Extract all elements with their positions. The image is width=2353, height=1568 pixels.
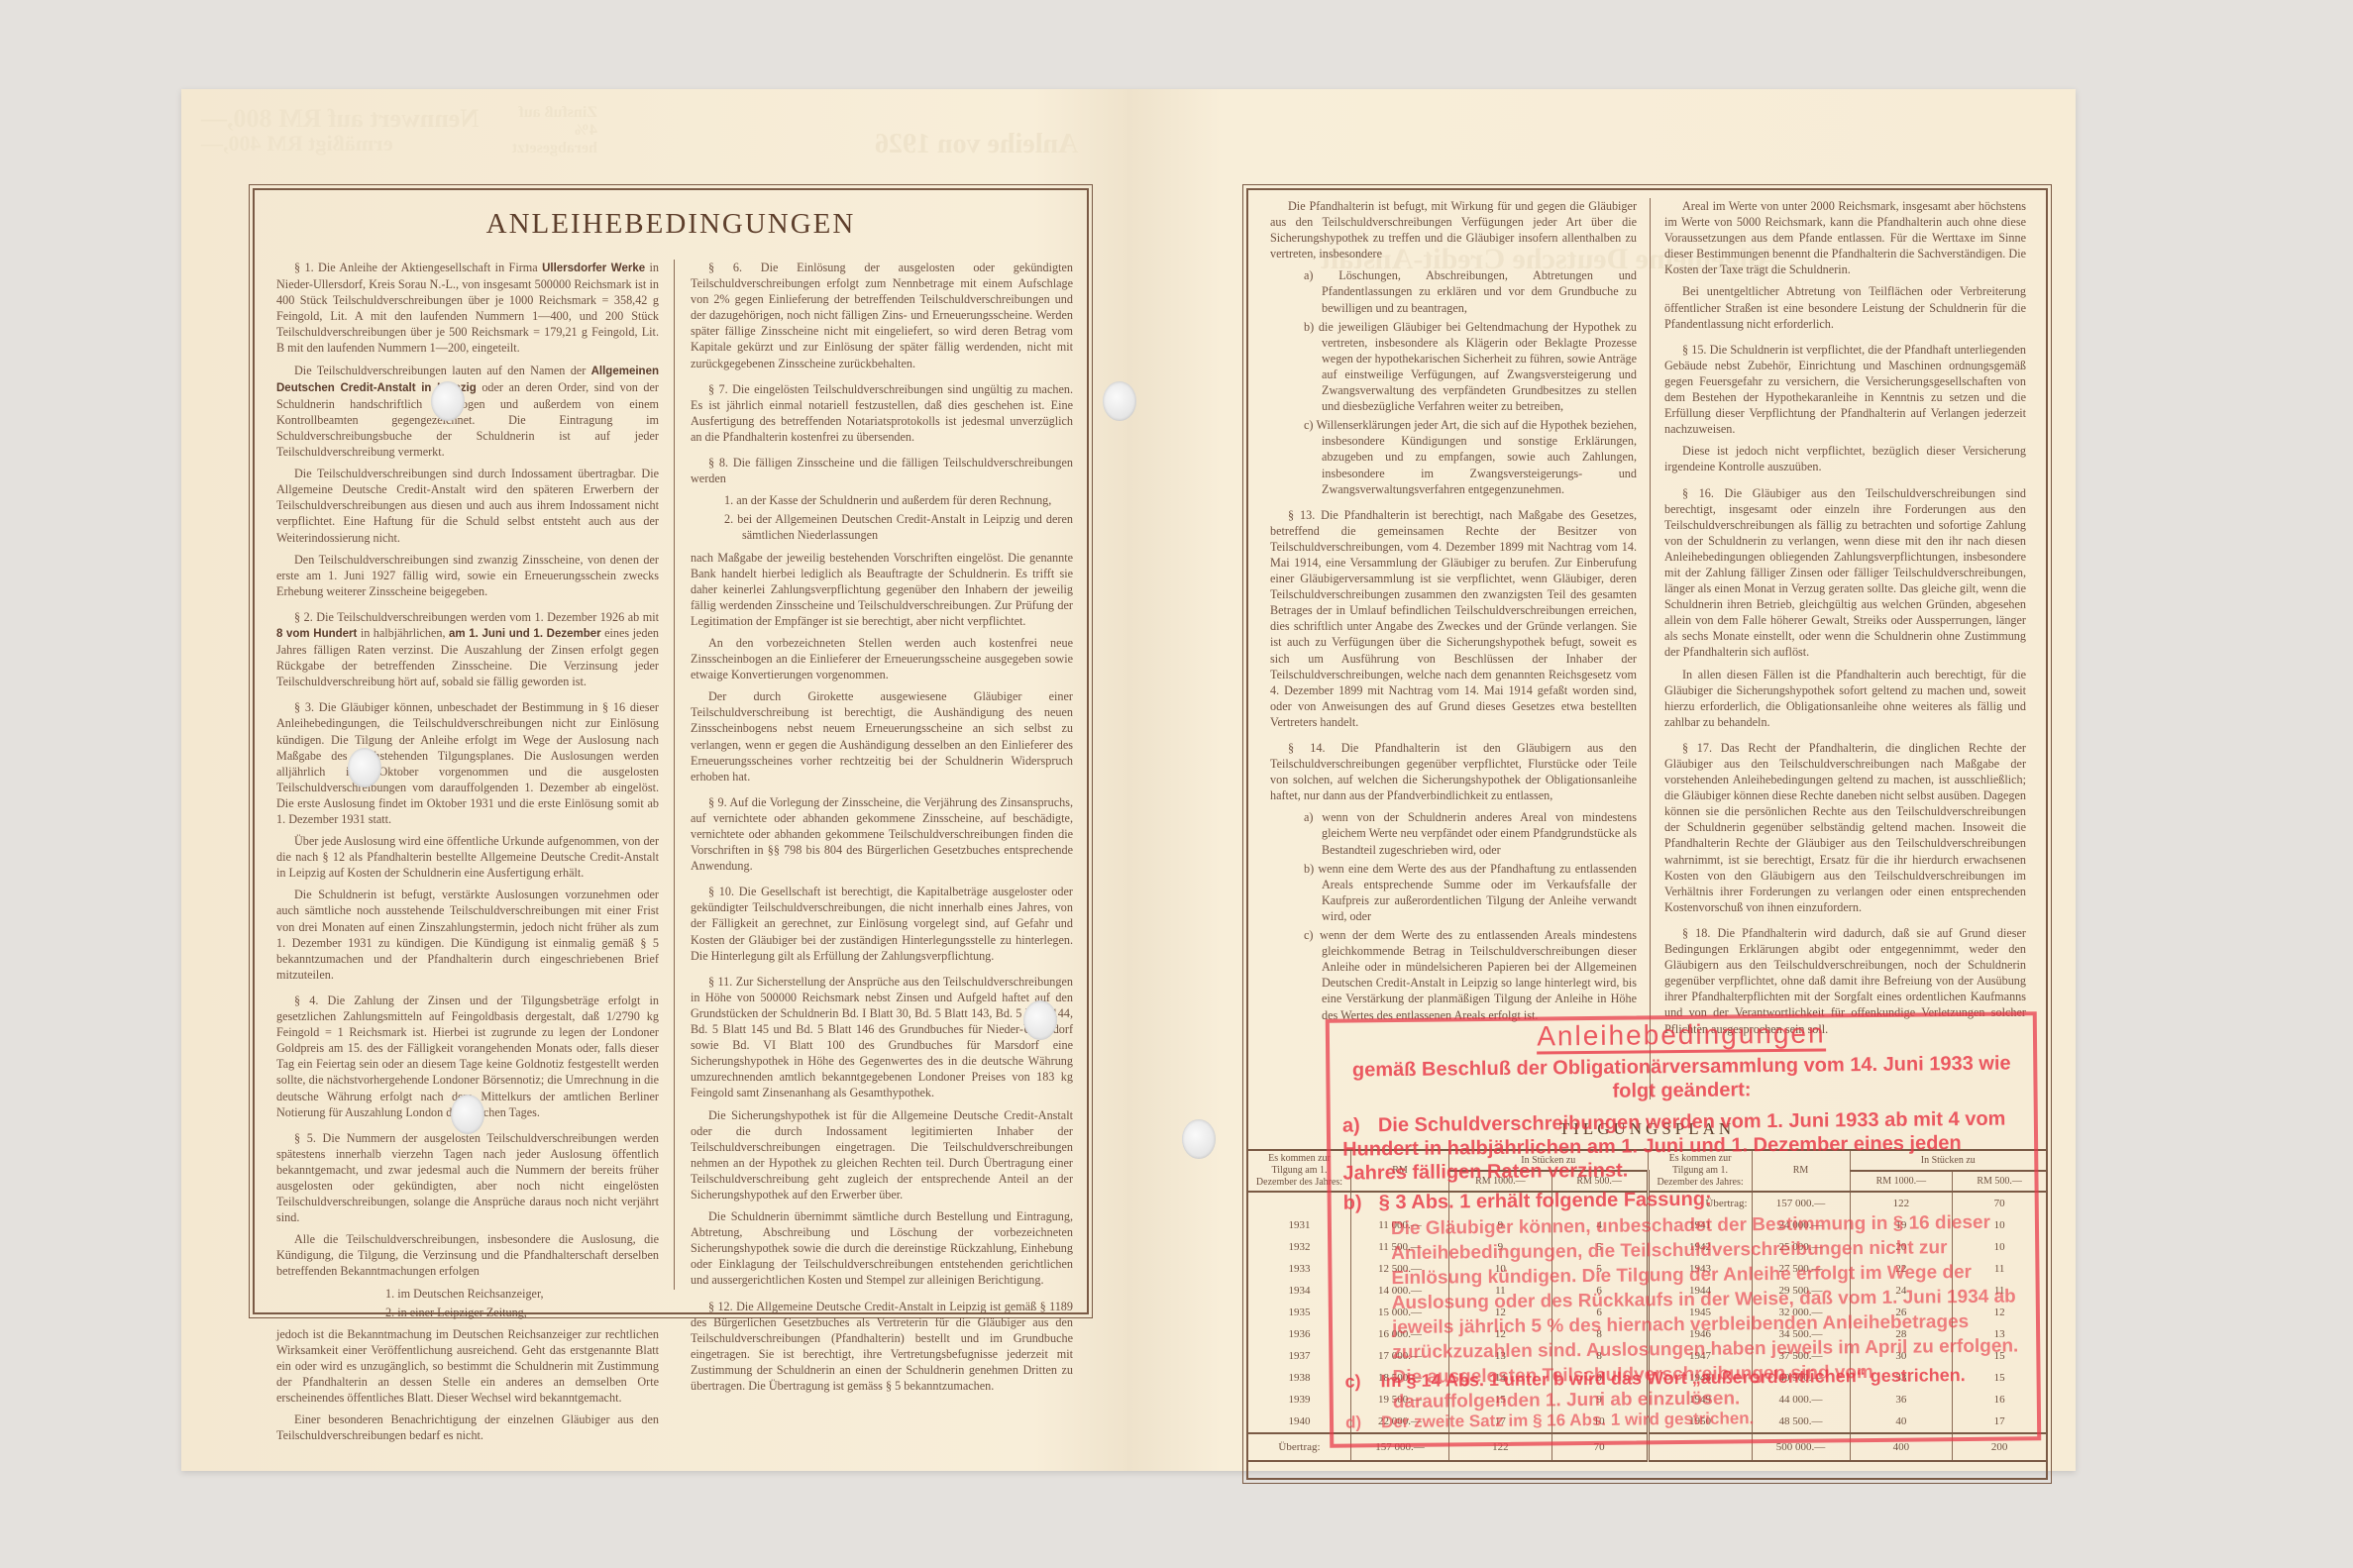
list-item: b) wenn eine dem Werte des aus der Pfand… [1304, 861, 1637, 924]
left-column-1: § 1. Die Anleihe der Aktiengesellschaft … [276, 260, 659, 1449]
paragraph-2-4: nach Maßgabe der jeweilig bestehenden Vo… [691, 550, 1073, 629]
text: in halbjährlichen, [357, 626, 449, 640]
paragraph-2-10: Die Sicherungshypothek ist für die Allge… [691, 1107, 1073, 1203]
list-item: c) wenn der dem Werte des zu entlassende… [1304, 927, 1637, 1023]
column-divider [674, 260, 675, 1290]
stamp-title-text: Anleihebedingungen [1537, 1017, 1826, 1054]
text: in Nieder-Ullersdorf, Kreis Sorau N.-L.,… [276, 261, 659, 355]
item-text: § 3 Abs. 1 erhält folgende Fassung: [1379, 1189, 1712, 1214]
list-item: 1. im Deutschen Reichsanzeiger, [385, 1286, 659, 1302]
list-item: b) die jeweiligen Gläubiger bei Geltendm… [1304, 319, 1637, 415]
paragraph-areal: Areal im Werte von unter 2000 Reichsmark… [1664, 198, 2026, 277]
stamp-title: Anleihebedingungen [1330, 1015, 2033, 1054]
paragraph-section-9: § 9. Auf die Vorlegung der Zinsscheine, … [691, 794, 1073, 874]
paragraph-1-1: § 1. Die Anleihe der Aktiengesellschaft … [276, 260, 659, 357]
paragraph-pfandhalterin: Die Pfandhalterin ist befugt, mit Wirkun… [1270, 198, 1637, 261]
item-label: c) [1344, 1369, 1380, 1393]
paragraph-1-12: jedoch ist die Bekanntmachung im Deutsch… [276, 1326, 659, 1406]
interest-rate: 8 vom Hundert [276, 628, 357, 640]
left-column-2: § 6. Die Einlösung der ausgelosten oder … [691, 260, 1073, 1400]
paragraph-2-5: An den vorbezeichneten Stellen werden au… [691, 635, 1073, 682]
paragraph-1-8: Die Schuldnerin ist befugt, verstärkte A… [276, 887, 659, 983]
paragraph-section-2: § 2. Die Teilschuldverschreibungen werde… [276, 609, 659, 689]
list-item: a) Löschungen, Abschreibungen, Abtretung… [1304, 267, 1637, 315]
amendment-stamp: Anleihebedingungen gemäß Beschluß der Ob… [1326, 1011, 2041, 1447]
item-text: Der zweite Satz im § 16 Abs. 1 wird gest… [1381, 1409, 1755, 1431]
paragraph-1-2: Die Teilschuldverschreibungen lauten auf… [276, 363, 659, 461]
item-label: d) [1345, 1411, 1381, 1434]
ghost-print-3: Zinsfuß auf 4% herabgesetzt [508, 104, 597, 157]
paragraph-section-5: § 5. Die Nummern der ausgelosten Teilsch… [276, 1130, 659, 1226]
list-item: a) wenn von der Schuldnerin anderes Area… [1304, 809, 1637, 857]
payment-dates: am 1. Juni und 1. Dezember [449, 628, 601, 640]
paragraph-versicherung: Diese ist jedoch nicht verpflichtet, bez… [1664, 443, 2026, 474]
paragraph-abtretung: Bei unentgeltlicher Abtretung von Teilfl… [1664, 283, 2026, 331]
paragraph-section-13: § 13. Die Pfandhalterin ist berechtigt, … [1270, 507, 1637, 730]
left-frame: ANLEIHEBEDINGUNGEN § 1. Die Anleihe der … [253, 188, 1089, 1314]
paragraph-section-14: § 14. Die Pfandhalterin ist den Gläubige… [1270, 740, 1637, 803]
paragraph-1-11: Alle die Teilschuldverschreibungen, insb… [276, 1231, 659, 1279]
paragraph-1-4: Den Teilschuldverschreibungen sind zwanz… [276, 552, 659, 599]
punch-hole [1023, 1000, 1057, 1040]
publication-list: 1. im Deutschen Reichsanzeiger, 2. in ei… [276, 1286, 659, 1320]
ghost-print-2: ermäßigt RM 400,— [201, 131, 393, 157]
punch-hole [1103, 381, 1136, 421]
paragraph-section-11: § 11. Zur Sicherstellung der Ansprüche a… [691, 974, 1073, 1101]
punch-hole [431, 381, 465, 421]
punch-hole [348, 748, 381, 787]
ghost-print-1: Nennwert auf RM 800,— [201, 104, 479, 134]
punch-hole [451, 1095, 484, 1134]
paragraph-section-7: § 7. Die eingelösten Teilschuldverschrei… [691, 381, 1073, 445]
item-text: Die Schuldverschreibungen werden vom 1. … [1342, 1108, 2005, 1185]
paragraph-section-6: § 6. Die Einlösung der ausgelosten oder … [691, 260, 1073, 371]
list-item: 2. in einer Leipziger Zeitung, [385, 1305, 659, 1320]
stamp-item-a: a)Die Schuldverschreibungen werden vom 1… [1342, 1106, 2025, 1185]
paragraph-section-12: § 12. Die Allgemeine Deutsche Credit-Ans… [691, 1299, 1073, 1395]
paragraph-1-3: Die Teilschuldverschreibungen sind durch… [276, 466, 659, 545]
paragraph-1-13: Einer besonderen Benachrichtigung der ei… [276, 1411, 659, 1443]
paragraph-section-16: § 16. Die Gläubiger aus den Teilschuldve… [1664, 485, 2026, 661]
paragraph-faelle: In allen diesen Fällen ist die Pfandhalt… [1664, 667, 2026, 730]
paragraph-section-8: § 8. Die fälligen Zinsscheine und die fä… [691, 455, 1073, 486]
paragraph-1-7: Über jede Auslosung wird eine öffentlich… [276, 833, 659, 881]
item-label: a) [1342, 1113, 1378, 1137]
text: Die Teilschuldverschreibungen lauten auf… [294, 364, 591, 377]
right-column-1: Die Pfandhalterin ist befugt, mit Wirkun… [1270, 198, 1637, 1029]
text: § 2. Die Teilschuldverschreibungen werde… [294, 610, 659, 624]
company-name: Ullersdorfer Werke [542, 262, 645, 274]
text: § 1. Die Anleihe der Aktiengesellschaft … [294, 261, 542, 274]
paragraph-section-3: § 3. Die Gläubiger können, unbeschadet d… [276, 699, 659, 827]
right-column-2: Areal im Werte von unter 2000 Reichsmark… [1664, 198, 2026, 1043]
list-item: c) Willenserklärungen jeder Art, die sic… [1304, 417, 1637, 496]
paragraph-2-11: Die Schuldnerin übernimmt sämtliche durc… [691, 1208, 1073, 1288]
release-conditions-list: a) wenn von der Schuldnerin anderes Area… [1270, 809, 1637, 1022]
ghost-print-4: Anleihe von 1926 [875, 129, 1078, 160]
item-label: b) [1343, 1191, 1379, 1214]
list-item: 2. bei der Allgemeinen Deutschen Credit-… [724, 511, 1073, 543]
powers-list: a) Löschungen, Abschreibungen, Abtretung… [1270, 267, 1637, 496]
paragraph-2-6: Der durch Girokette ausgewiesene Gläubig… [691, 688, 1073, 784]
payment-office-list: 1. an der Kasse der Schuldnerin und auße… [691, 492, 1073, 543]
stamp-subtitle: gemäß Beschluß der Obligationärversammlu… [1347, 1051, 2015, 1105]
punch-hole [1182, 1119, 1216, 1159]
paragraph-section-15: § 15. Die Schuldnerin ist verpflichtet, … [1664, 342, 2026, 438]
list-item: 1. an der Kasse der Schuldnerin und auße… [724, 492, 1073, 508]
column-divider [1650, 198, 1651, 1099]
item-text: Im § 14 Abs. 1 unter b wird das Wort „au… [1380, 1365, 1965, 1391]
paragraph-section-10: § 10. Die Gesellschaft ist berechtigt, d… [691, 884, 1073, 963]
paragraph-section-17: § 17. Das Recht der Pfandhalterin, die d… [1664, 740, 2026, 915]
page-title: ANLEIHEBEDINGUNGEN [255, 208, 1087, 241]
